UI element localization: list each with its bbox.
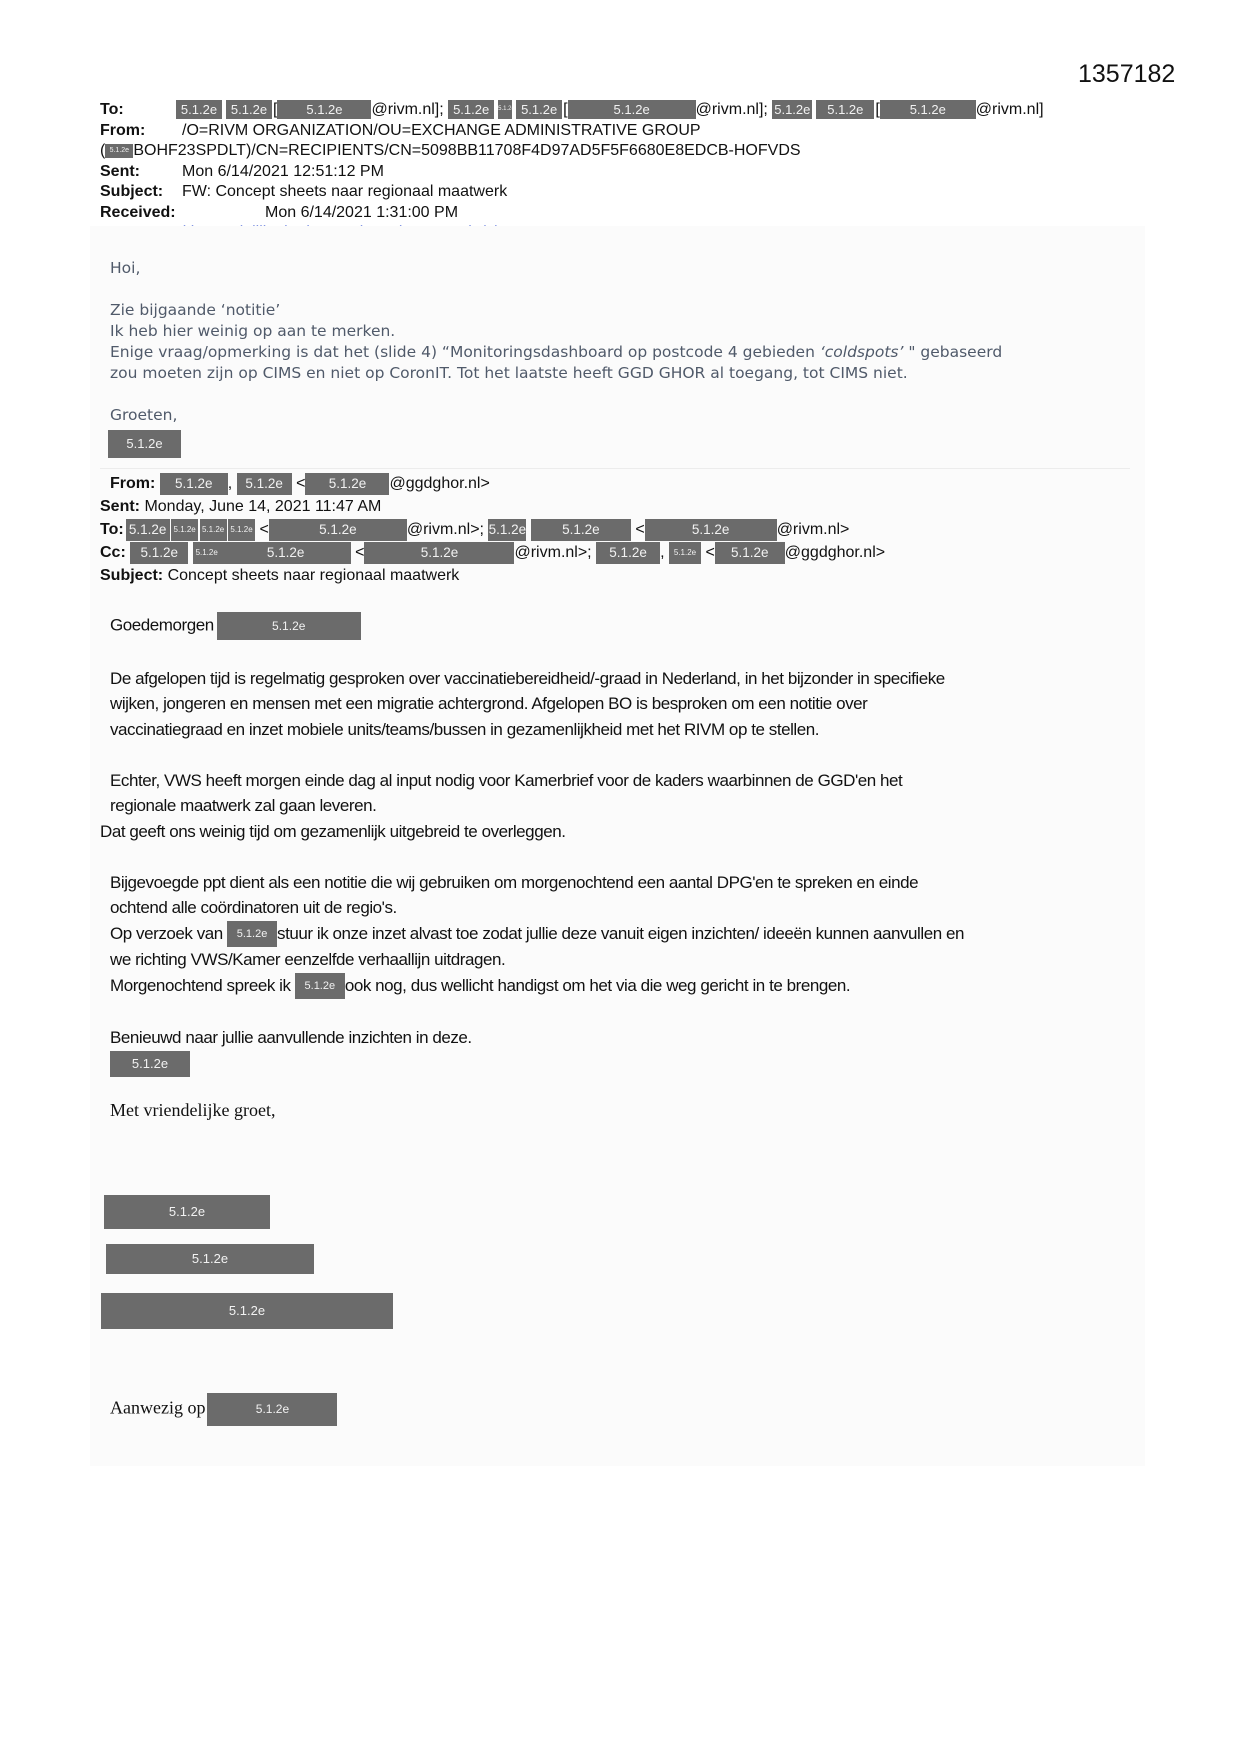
fwd-sent-row: Sent: Monday, June 14, 2021 11:47 AM bbox=[100, 495, 885, 518]
message-body: Goedemorgen5.1.2e De afgelopen tijd is r… bbox=[110, 612, 964, 1077]
paragraph-line: Dat geeft ons weinig tijd om gezamenlijk… bbox=[100, 819, 964, 845]
paragraph-line: Morgenochtend spreek ik 5.1.2eook nog, d… bbox=[110, 973, 964, 1000]
redaction: 5.1.2e bbox=[448, 100, 494, 119]
redaction: 5.1.2e bbox=[105, 144, 133, 158]
redaction: 5.1.2e bbox=[488, 519, 526, 541]
redaction: 5.1.2e bbox=[772, 100, 812, 119]
fwd-subject-value: Concept sheets naar regionaal maatwerk bbox=[168, 567, 460, 584]
reply-line: zou moeten zijn op CIMS en niet op Coron… bbox=[110, 363, 1002, 384]
redaction: 5.1.2e bbox=[108, 430, 181, 458]
divider bbox=[100, 468, 1130, 469]
to-recipients: 5.1.2e5.1.2e[5.1.2e@rivm.nl]; 5.1.2e5.1.… bbox=[176, 100, 1044, 121]
paragraph-line: wijken, jongeren en mensen met een migra… bbox=[110, 691, 964, 717]
fwd-cc-domain: @ggdghor.nl> bbox=[785, 544, 885, 561]
subject-value: FW: Concept sheets naar regionaal maatwe… bbox=[182, 182, 507, 203]
reply-line: Zie bijgaande ‘notitie’ bbox=[110, 300, 1002, 321]
reply-line: Ik heb hier weinig op aan te merken. bbox=[110, 321, 1002, 342]
reply-line: Enige vraag/opmerking is dat het (slide … bbox=[110, 342, 1002, 363]
salutation: Goedemorgen5.1.2e bbox=[110, 612, 964, 640]
fwd-cc-domain: @rivm.nl>; bbox=[514, 544, 591, 561]
redaction: 5.1.2e bbox=[221, 542, 351, 564]
redaction: 5.1.2e bbox=[200, 519, 227, 541]
paragraph-line: Benieuwd naar jullie aanvullende inzicht… bbox=[110, 1025, 964, 1051]
paragraph-line: vaccinatiegraad en inzet mobiele units/t… bbox=[110, 717, 964, 743]
redaction: 5.1.2e bbox=[269, 519, 407, 541]
paragraph-line: Op verzoek van 5.1.2estuur ik onze inzet… bbox=[110, 921, 964, 948]
redaction: 5.1.2e bbox=[110, 1051, 190, 1077]
redaction: 5.1.2e bbox=[305, 473, 389, 495]
sender-initials: 5.1.2e bbox=[110, 1050, 964, 1077]
redaction: 5.1.2e bbox=[295, 973, 345, 999]
redaction: 5.1.2e bbox=[364, 542, 514, 564]
redaction: 5.1.2e bbox=[193, 542, 221, 564]
fwd-from-label: From: bbox=[110, 475, 155, 492]
fwd-from-domain: @ggdghor.nl> bbox=[389, 475, 489, 492]
redaction: 5.1.2e bbox=[176, 100, 222, 119]
from-value: /O=RIVM ORGANIZATION/OU=EXCHANGE ADMINIS… bbox=[182, 121, 701, 142]
redaction: 5.1.2e bbox=[160, 473, 228, 495]
redaction: 5.1.2e bbox=[516, 100, 562, 119]
redaction: 5.1.2e bbox=[228, 519, 255, 541]
presence-line: Aanwezig op5.1.2e bbox=[110, 1393, 337, 1426]
redaction: 5.1.2e bbox=[101, 1293, 393, 1329]
fwd-sent-value: Monday, June 14, 2021 11:47 AM bbox=[144, 498, 381, 515]
from-row-continued: (5.1.2eBOHF23SPDLT)/CN=RECIPIENTS/CN=509… bbox=[100, 141, 801, 162]
fwd-to-domain: @rivm.nl> bbox=[777, 521, 850, 538]
fwd-to-row: To:5.1.2e 5.1.2e 5.1.2e 5.1.2e <5.1.2e@r… bbox=[100, 518, 885, 541]
redaction: 5.1.2e bbox=[126, 519, 170, 541]
closing: Met vriendelijke groet, bbox=[110, 1100, 275, 1121]
forwarded-header: From: 5.1.2e, 5.1.2e <5.1.2e@ggdghor.nl>… bbox=[100, 472, 885, 587]
paragraph-line: Echter, VWS heeft morgen einde dag al in… bbox=[110, 768, 964, 794]
paragraph-line: we richting VWS/Kamer eenzelfde verhaall… bbox=[110, 947, 964, 973]
redaction: 5.1.2e bbox=[669, 542, 701, 564]
from-row: From: /O=RIVM ORGANIZATION/OU=EXCHANGE A… bbox=[100, 121, 801, 142]
document-number: 1357182 bbox=[1078, 60, 1175, 89]
fwd-subject-label: Subject: bbox=[100, 567, 163, 584]
redaction: 5.1.2e bbox=[715, 542, 785, 564]
fwd-sent-label: Sent: bbox=[100, 498, 140, 515]
redaction: 5.1.2e bbox=[645, 519, 777, 541]
redaction: 5.1.2e bbox=[207, 1393, 337, 1426]
outer-email-header: To: 5.1.2e5.1.2e[5.1.2e@rivm.nl]; 5.1.2e… bbox=[100, 100, 801, 244]
fwd-subject-row: Subject: Concept sheets naar regionaal m… bbox=[100, 564, 885, 587]
reply-closing: Groeten, bbox=[110, 405, 1002, 426]
redaction: 5.1.2e bbox=[568, 100, 696, 119]
to-domain: @rivm.nl]; bbox=[696, 101, 768, 118]
fwd-to-domain: @rivm.nl>; bbox=[407, 521, 484, 538]
received-label: Received: bbox=[100, 203, 176, 224]
redaction: 5.1.2e bbox=[217, 612, 361, 640]
fwd-from-row: From: 5.1.2e, 5.1.2e <5.1.2e@ggdghor.nl> bbox=[100, 472, 885, 495]
from-value-continued: BOHF23SPDLT)/CN=RECIPIENTS/CN=5098BB1170… bbox=[133, 142, 800, 159]
fwd-cc-row: Cc: 5.1.2e 5.1.2e5.1.2e <5.1.2e@rivm.nl>… bbox=[100, 541, 885, 564]
redaction: 5.1.2e bbox=[130, 542, 188, 564]
redaction: 5.1.2e bbox=[880, 100, 976, 119]
coldspots-emphasis: ‘coldspots’ bbox=[820, 343, 904, 361]
fwd-to-label: To: bbox=[100, 521, 124, 538]
redaction: 5.1.2e bbox=[104, 1195, 270, 1229]
redaction: 5.1.2e bbox=[226, 100, 272, 119]
paragraph-line: De afgelopen tijd is regelmatig gesproke… bbox=[110, 666, 964, 692]
redaction: 5.1.2e bbox=[498, 100, 512, 119]
redaction: 5.1.2e bbox=[277, 100, 371, 119]
paragraph-line: ochtend alle coördinatoren uit de regio'… bbox=[110, 895, 964, 921]
subject-label: Subject: bbox=[100, 182, 163, 203]
redaction: 5.1.2e bbox=[816, 100, 874, 119]
sent-label: Sent: bbox=[100, 162, 140, 183]
to-domain: @rivm.nl]; bbox=[371, 101, 443, 118]
sent-row: Sent: Mon 6/14/2021 12:51:12 PM bbox=[100, 162, 801, 183]
subject-row: Subject: FW: Concept sheets naar regiona… bbox=[100, 182, 801, 203]
reply-message: Hoi, Zie bijgaande ‘notitie’ Ik heb hier… bbox=[110, 258, 1002, 458]
redaction: 5.1.2e bbox=[596, 542, 660, 564]
sent-value: Mon 6/14/2021 12:51:12 PM bbox=[182, 162, 384, 183]
received-row: Received: Mon 6/14/2021 1:31:00 PM bbox=[100, 203, 801, 224]
redaction: 5.1.2e bbox=[237, 473, 292, 495]
reply-greeting: Hoi, bbox=[110, 258, 1002, 279]
redaction: 5.1.2e bbox=[531, 519, 631, 541]
redaction: 5.1.2e bbox=[106, 1244, 314, 1274]
to-row: To: 5.1.2e5.1.2e[5.1.2e@rivm.nl]; 5.1.2e… bbox=[100, 100, 801, 121]
paragraph-line: regionale maatwerk zal gaan leveren. bbox=[110, 793, 964, 819]
to-label: To: bbox=[100, 100, 124, 121]
redaction: 5.1.2e bbox=[227, 921, 277, 947]
paragraph-line: Bijgevoegde ppt dient als een notitie di… bbox=[110, 870, 964, 896]
redaction: 5.1.2e bbox=[171, 519, 198, 541]
reply-signature: 5.1.2e bbox=[108, 430, 1002, 458]
received-value: Mon 6/14/2021 1:31:00 PM bbox=[265, 203, 458, 224]
from-label: From: bbox=[100, 121, 145, 142]
fwd-cc-label: Cc: bbox=[100, 544, 126, 561]
to-domain: @rivm.nl] bbox=[976, 101, 1044, 118]
